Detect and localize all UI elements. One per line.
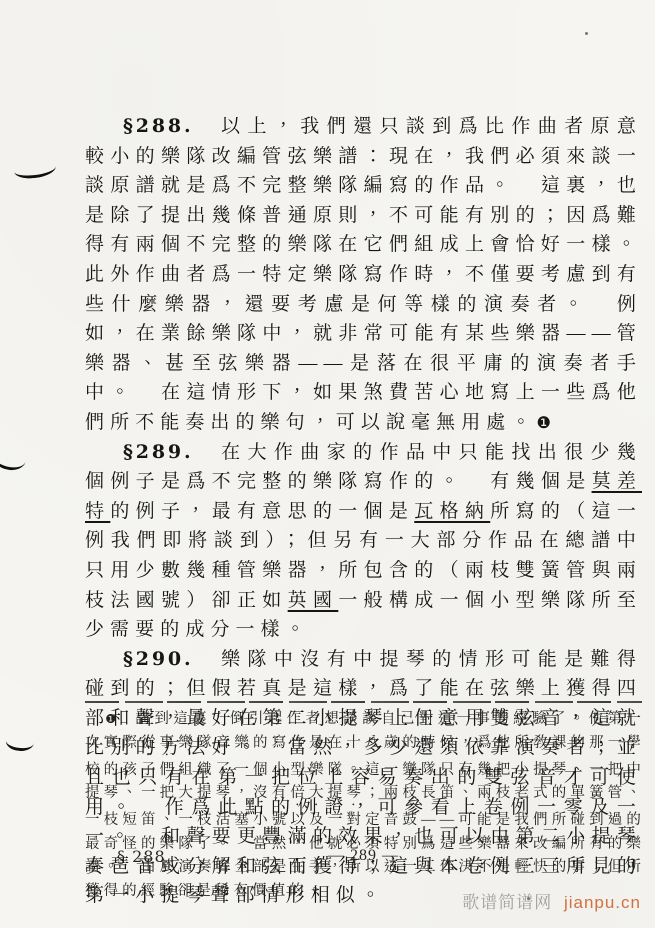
text-run-emph: 從事 [141,735,178,751]
text-run-ref: ❶ [105,712,116,726]
text-run-plain: 以上，我們還只談到爲比作曲者原意較小的樂隊改編管弦樂譜：現在，我們必須來談一談原… [85,116,655,433]
page-number: — 289 — [85,847,642,865]
watermark-domain: jianpu.cn [564,893,641,912]
text-run-marker: §288. [123,115,193,137]
text-run-u: 英國 [288,590,339,611]
text-run-ref: ❶ [536,413,550,432]
text-run-plain: 的例子，最有意思的一個是 [110,501,414,522]
footnote-divider [85,701,642,703]
watermark-site-name: 歌谱简谱网 [462,893,552,912]
page-footer: § 288 — 289 — [85,847,642,865]
text-run-u: 瓦格納 [414,501,490,522]
paragraph-section-288: §288. 以上，我們還只談到爲比作曲者原意較小的樂隊改編管弦樂譜：現在，我們必… [85,112,642,438]
text-run-plain: ；兩枝長笛、兩枝老式的單簧管、一枝短笛、一枝活塞小號以及一對定音鼓——可能是我們… [85,785,645,899]
text-run-marker: §290. [123,648,193,670]
ink-mark [13,158,57,180]
watermark: 歌谱简谱网 jianpu.cn [462,888,641,913]
scanned-book-page: §288. 以上，我們還只談到爲比作曲者原意較小的樂隊改編管弦樂譜：現在，我們必… [0,0,655,928]
ink-mark [5,731,35,753]
scan-speck [527,897,530,900]
paragraph-section-289: §289. 在大作曲家的作品中只能找出很少幾個例子是爲不完整的樂隊寫作的。 有幾… [85,438,642,645]
text-run-emph: 倍大提琴 [290,785,365,801]
ink-mark [0,443,28,473]
text-run-marker: §289. [123,441,193,463]
scan-speck [585,32,588,35]
footer-section-marker: § 288 [117,847,166,866]
footnote: ❶ 講到這裏，倒引起作者想談談自己對這一事的經驗了。他第一次實際從事樂隊音樂的寫… [85,708,645,903]
